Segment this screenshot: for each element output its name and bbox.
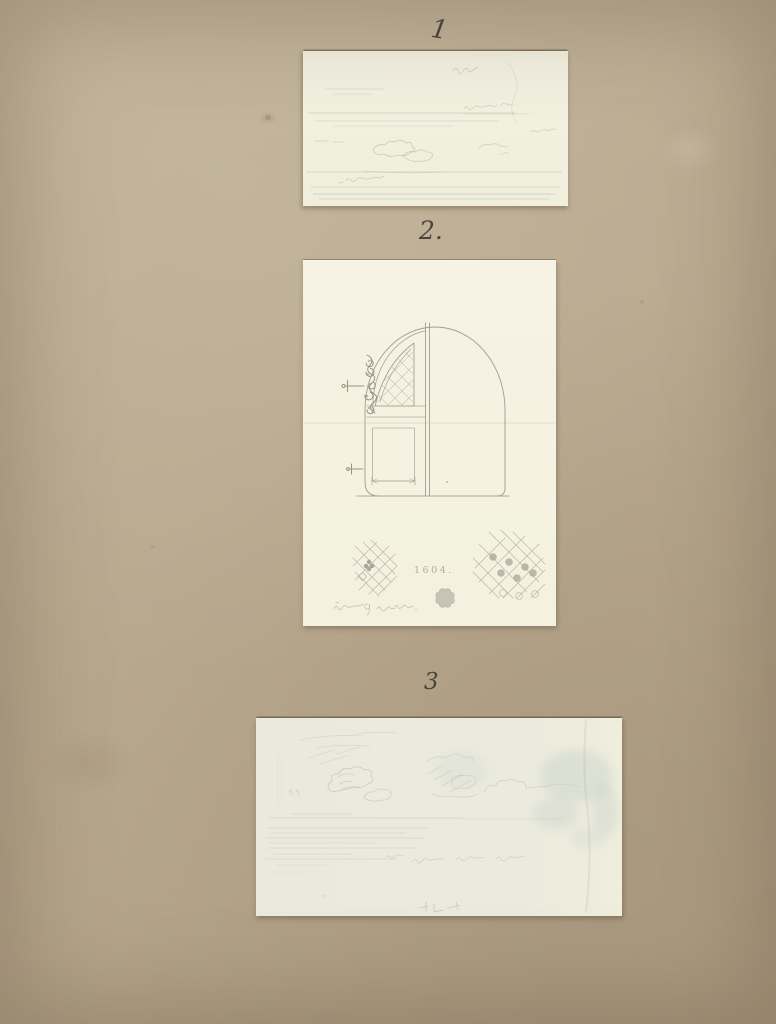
album-page: 1 2. 3: [0, 0, 776, 1024]
drawing-2-door-design: 1604.: [303, 260, 556, 626]
item-2-number: 2.: [419, 218, 443, 243]
horizon-lines: [266, 754, 562, 872]
paper-fold: [584, 720, 589, 912]
lattice-study-right: [473, 530, 545, 599]
bush-scribbles: [373, 140, 509, 161]
door-panel: [372, 428, 415, 485]
page-speck: [150, 545, 155, 549]
item-1-number: 1: [429, 16, 449, 44]
door-pintles: [342, 381, 364, 475]
item-3-number: 3: [424, 671, 439, 694]
page-speck: [265, 115, 271, 120]
year-inscription: 1604.: [414, 565, 454, 576]
drawing-2-sheet: 1604.: [303, 260, 556, 626]
rosette: [436, 589, 454, 607]
lattice-study-left: [353, 540, 397, 596]
handwriting-squiggles: [339, 67, 556, 183]
landscape-sketch-strokes: [307, 63, 561, 199]
drawing-3-sketch: [256, 718, 622, 916]
drawing-1-sketch: [303, 51, 568, 206]
page-speck: [640, 300, 644, 304]
blue-grey-stain: [435, 750, 618, 848]
drawing-3-sheet: [256, 718, 622, 916]
bottom-pencil-marks: [420, 902, 460, 912]
inscription-squiggles: [289, 790, 525, 897]
door-fanlight: [367, 342, 425, 417]
date-inscription: [334, 602, 417, 615]
door-hinge-scrollwork: [365, 355, 377, 414]
door-outline: [357, 323, 509, 496]
drawing-1-sheet: [303, 51, 568, 206]
